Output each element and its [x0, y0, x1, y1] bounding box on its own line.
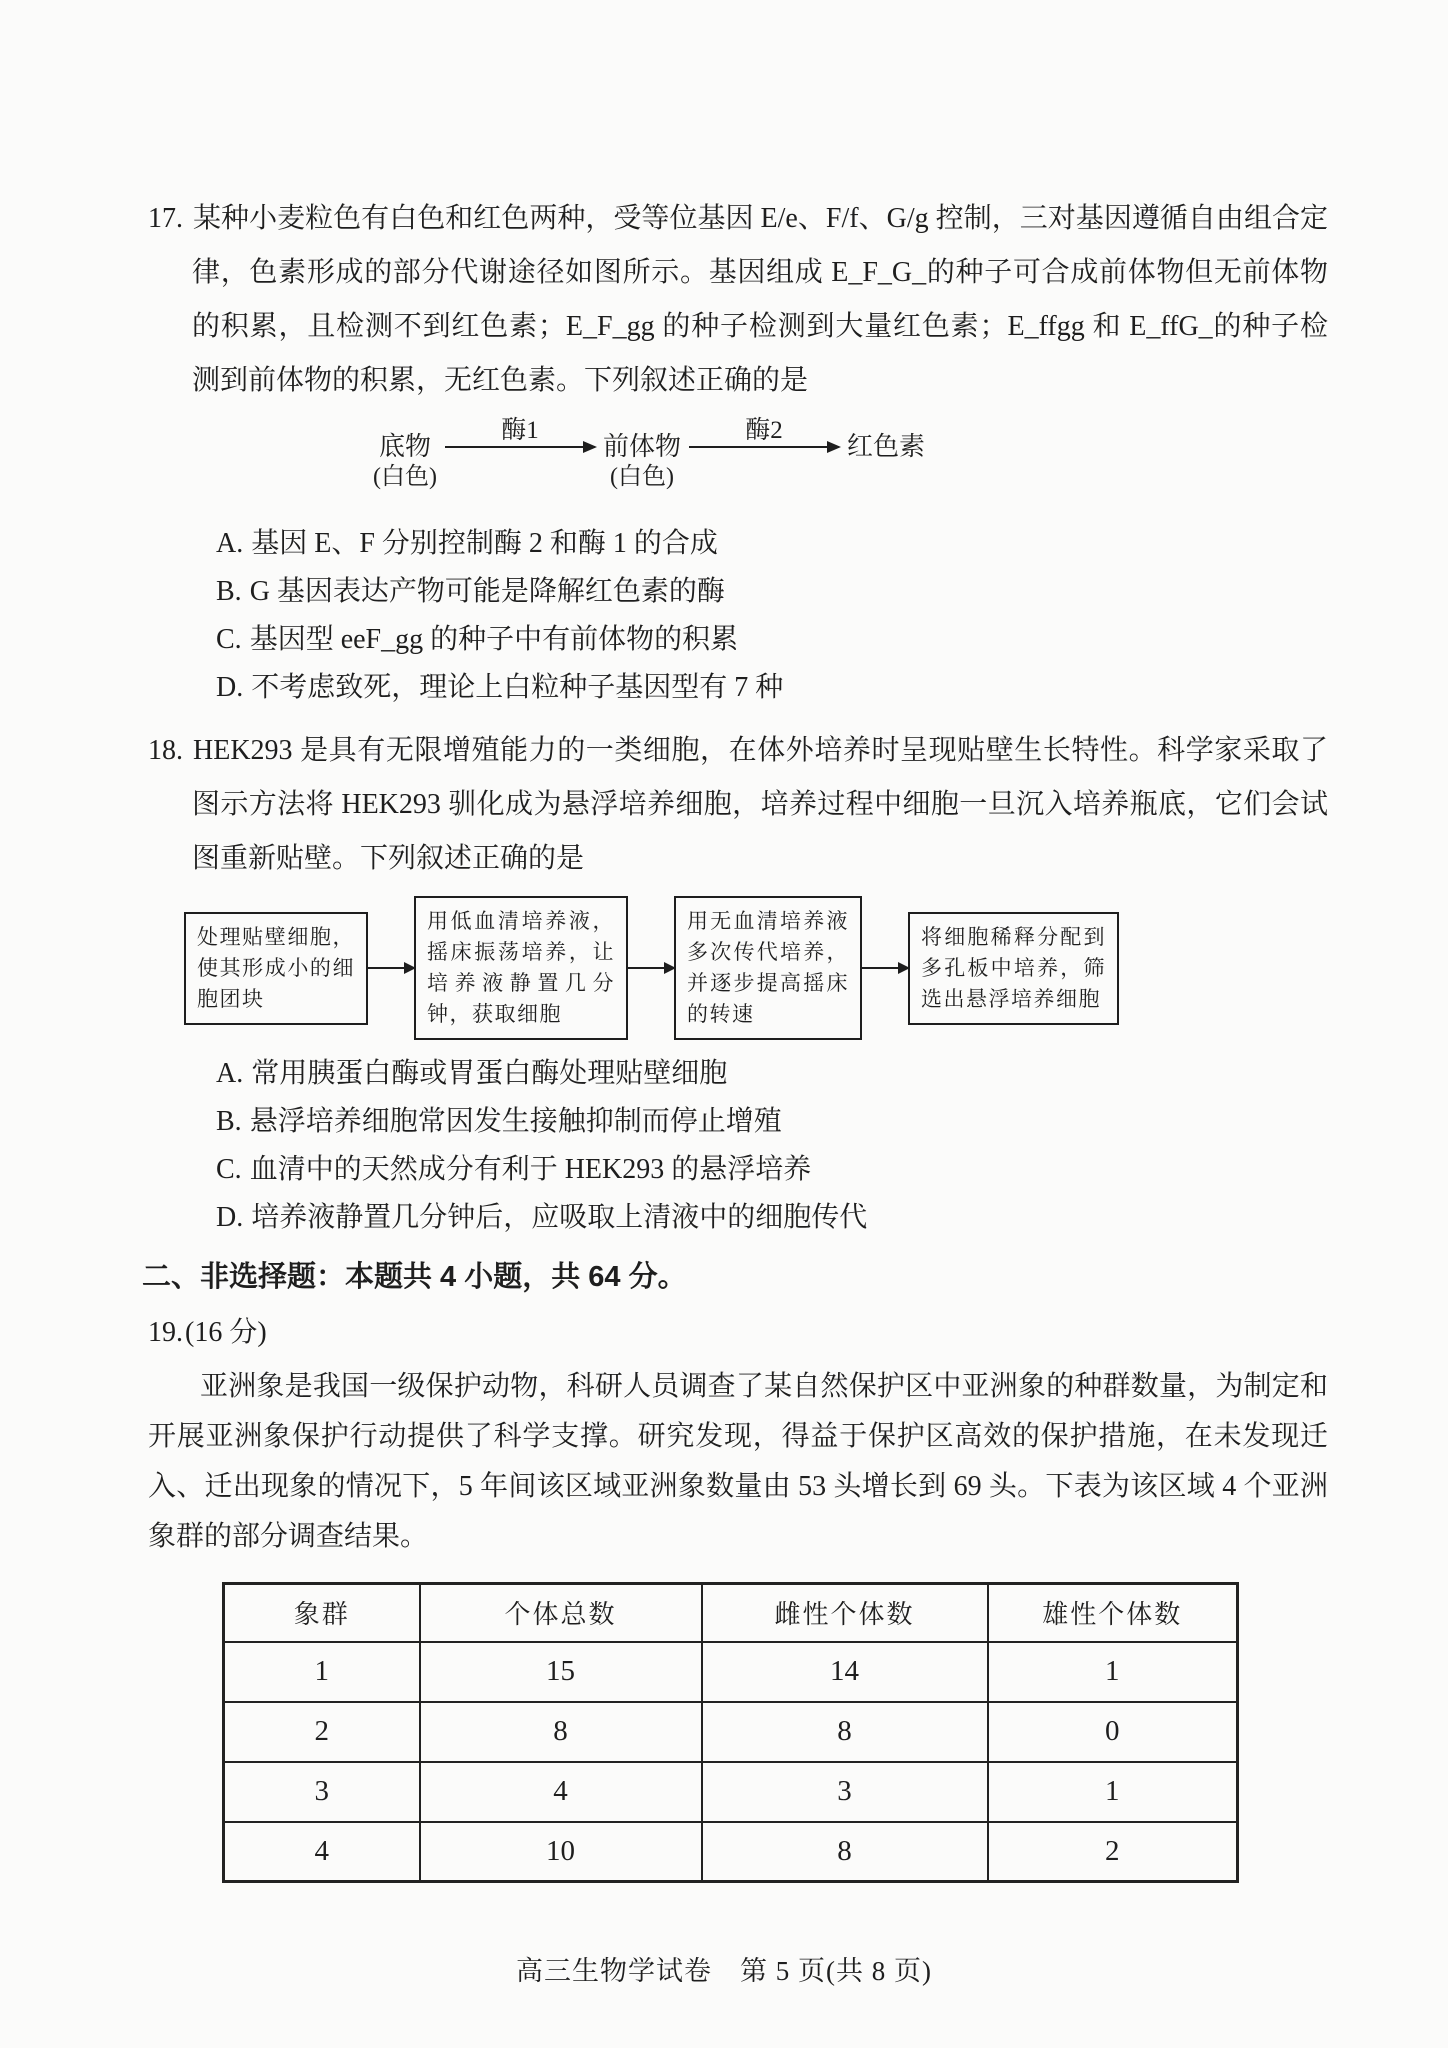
- q18-option-c-label: C.: [216, 1154, 250, 1185]
- cell-male: 1: [988, 1642, 1238, 1702]
- cell-male: 0: [988, 1702, 1238, 1762]
- q18-option-a: A.常用胰蛋白酶或胃蛋白酶处理贴壁细胞: [216, 1050, 1328, 1098]
- enzyme2-label: 酶2: [745, 416, 783, 446]
- q18-option-b: B.悬浮培养细胞常因发生接触抑制而停止增殖: [216, 1098, 1328, 1146]
- q17-option-c: C.基因型 eeF_gg 的种子中有前体物的积累: [216, 616, 1328, 664]
- q18-option-d: D.培养液静置几分钟后，应吸取上清液中的细胞传代: [216, 1194, 1328, 1242]
- q18-option-c-text: 血清中的天然成分有利于 HEK293 的悬浮培养: [250, 1154, 812, 1185]
- q18-option-d-text: 培养液静置几分钟后，应吸取上清液中的细胞传代: [251, 1202, 867, 1233]
- cell-female: 8: [702, 1702, 988, 1762]
- q17-option-a-text: 基因 E、F 分别控制酶 2 和酶 1 的合成: [251, 528, 718, 559]
- enzyme1-label: 酶1: [501, 416, 539, 446]
- q17-pathway-diagram: 底物 (白色) 酶1 前体物 (白色) 酶2 红色素: [373, 416, 1328, 512]
- cell-total: 4: [420, 1762, 702, 1822]
- q19-points: (16 分): [185, 1317, 267, 1348]
- cell-male: 1: [988, 1762, 1238, 1822]
- section-2-title: 二、非选择题：本题共 4 小题，共 64 分。: [142, 1260, 1328, 1294]
- flowchart-step-1: 处理贴壁细胞，使其形成小的细胞团块: [184, 912, 368, 1025]
- arrow-right-icon: [862, 967, 908, 969]
- substrate-label: 底物: [379, 432, 431, 462]
- arrow-right-icon: [689, 446, 839, 448]
- q18-option-b-text: 悬浮培养细胞常因发生接触抑制而停止增殖: [250, 1106, 782, 1137]
- cell-total: 8: [420, 1702, 702, 1762]
- q19-paragraph: 亚洲象是我国一级保护动物，科研人员调查了某自然保护区中亚洲象的种群数量，为制定和…: [148, 1362, 1328, 1562]
- cell-female: 14: [702, 1642, 988, 1702]
- q18-stem: 18.HEK293 是具有无限增殖能力的一类细胞，在体外培养时呈现贴壁生长特性。…: [148, 724, 1328, 886]
- flowchart-step-4: 将细胞稀释分配到多孔板中培养，筛选出悬浮培养细胞: [908, 912, 1119, 1025]
- table-header-row: 象群 个体总数 雌性个体数 雄性个体数: [224, 1584, 1238, 1642]
- q17-stem-text: 某种小麦粒色有白色和红色两种，受等位基因 E/e、F/f、G/g 控制，三对基因…: [192, 203, 1328, 396]
- q18-option-a-label: A.: [216, 1058, 251, 1089]
- q18-options: A.常用胰蛋白酶或胃蛋白酶处理贴壁细胞 B.悬浮培养细胞常因发生接触抑制而停止增…: [216, 1050, 1328, 1242]
- precursor-color-note: (白色): [610, 462, 674, 492]
- precursor-label: 前体物: [603, 432, 681, 462]
- cell-male: 2: [988, 1822, 1238, 1882]
- precursor-node: 前体物 (白色): [603, 432, 681, 492]
- q17-options: A.基因 E、F 分别控制酶 2 和酶 1 的合成 B.G 基因表达产物可能是降…: [216, 520, 1328, 712]
- q18-flowchart: 处理贴壁细胞，使其形成小的细胞团块 用低血清培养液，摇床振荡培养，让培养液静置几…: [184, 896, 1328, 1040]
- cell-herd: 2: [224, 1702, 420, 1762]
- table-row: 2 8 8 0: [224, 1702, 1238, 1762]
- col-header-male: 雄性个体数: [988, 1584, 1238, 1642]
- cell-herd: 4: [224, 1822, 420, 1882]
- cell-female: 8: [702, 1822, 988, 1882]
- q18-option-c: C.血清中的天然成分有利于 HEK293 的悬浮培养: [216, 1146, 1328, 1194]
- q17-option-b-label: B.: [216, 576, 250, 607]
- cell-herd: 3: [224, 1762, 420, 1822]
- q17-option-a-label: A.: [216, 528, 251, 559]
- pigment-node: 红色素: [847, 432, 925, 462]
- col-header-total: 个体总数: [420, 1584, 702, 1642]
- q17-option-c-label: C.: [216, 624, 250, 655]
- question-17: 17.某种小麦粒色有白色和红色两种，受等位基因 E/e、F/f、G/g 控制，三…: [148, 192, 1328, 712]
- col-header-herd: 象群: [224, 1584, 420, 1642]
- flowchart-step-3: 用无血清培养液多次传代培养，并逐步提高摇床的转速: [674, 896, 862, 1040]
- q17-number: 17.: [148, 203, 193, 234]
- q18-stem-text: HEK293 是具有无限增殖能力的一类细胞，在体外培养时呈现贴壁生长特性。科学家…: [192, 735, 1328, 874]
- q17-option-d-label: D.: [216, 672, 251, 703]
- substrate-color-note: (白色): [373, 462, 437, 492]
- question-18: 18.HEK293 是具有无限增殖能力的一类细胞，在体外培养时呈现贴壁生长特性。…: [148, 724, 1328, 1242]
- q19-number: 19.: [148, 1317, 185, 1348]
- q17-option-c-text: 基因型 eeF_gg 的种子中有前体物的积累: [250, 624, 738, 655]
- pigment-label: 红色素: [847, 432, 925, 462]
- col-header-female: 雌性个体数: [702, 1584, 988, 1642]
- elephant-survey-table: 象群 个体总数 雌性个体数 雄性个体数 1 15 14 1 2 8 8 0: [222, 1582, 1239, 1883]
- exam-page: 17.某种小麦粒色有白色和红色两种，受等位基因 E/e、F/f、G/g 控制，三…: [0, 0, 1448, 1883]
- q18-option-b-label: B.: [216, 1106, 250, 1137]
- enzyme1-arrow: 酶1: [445, 416, 595, 448]
- arrow-right-icon: [368, 967, 414, 969]
- q17-option-b: B.G 基因表达产物可能是降解红色素的酶: [216, 568, 1328, 616]
- q17-option-b-text: G 基因表达产物可能是降解红色素的酶: [250, 576, 725, 607]
- q17-option-d-text: 不考虑致死，理论上白粒种子基因型有 7 种: [251, 672, 783, 703]
- substrate-node: 底物 (白色): [373, 432, 437, 492]
- table-row: 4 10 8 2: [224, 1822, 1238, 1882]
- cell-total: 15: [420, 1642, 702, 1702]
- q18-number: 18.: [148, 735, 193, 766]
- cell-herd: 1: [224, 1642, 420, 1702]
- flowchart-step-2: 用低血清培养液，摇床振荡培养，让培养液静置几分钟，获取细胞: [414, 896, 628, 1040]
- q17-stem: 17.某种小麦粒色有白色和红色两种，受等位基因 E/e、F/f、G/g 控制，三…: [148, 192, 1328, 408]
- question-19: 19.(16 分) 亚洲象是我国一级保护动物，科研人员调查了某自然保护区中亚洲象…: [148, 1316, 1328, 1883]
- q17-option-d: D.不考虑致死，理论上白粒种子基因型有 7 种: [216, 664, 1328, 712]
- cell-total: 10: [420, 1822, 702, 1882]
- table-row: 3 4 3 1: [224, 1762, 1238, 1822]
- cell-female: 3: [702, 1762, 988, 1822]
- q18-option-d-label: D.: [216, 1202, 251, 1233]
- page-footer: 高三生物学试卷 第 5 页(共 8 页): [0, 1949, 1448, 1988]
- enzyme2-arrow: 酶2: [689, 416, 839, 448]
- table-row: 1 15 14 1: [224, 1642, 1238, 1702]
- q18-option-a-text: 常用胰蛋白酶或胃蛋白酶处理贴壁细胞: [251, 1058, 727, 1089]
- arrow-right-icon: [628, 967, 674, 969]
- q17-option-a: A.基因 E、F 分别控制酶 2 和酶 1 的合成: [216, 520, 1328, 568]
- q19-heading: 19.(16 分): [148, 1316, 1328, 1350]
- arrow-right-icon: [445, 446, 595, 448]
